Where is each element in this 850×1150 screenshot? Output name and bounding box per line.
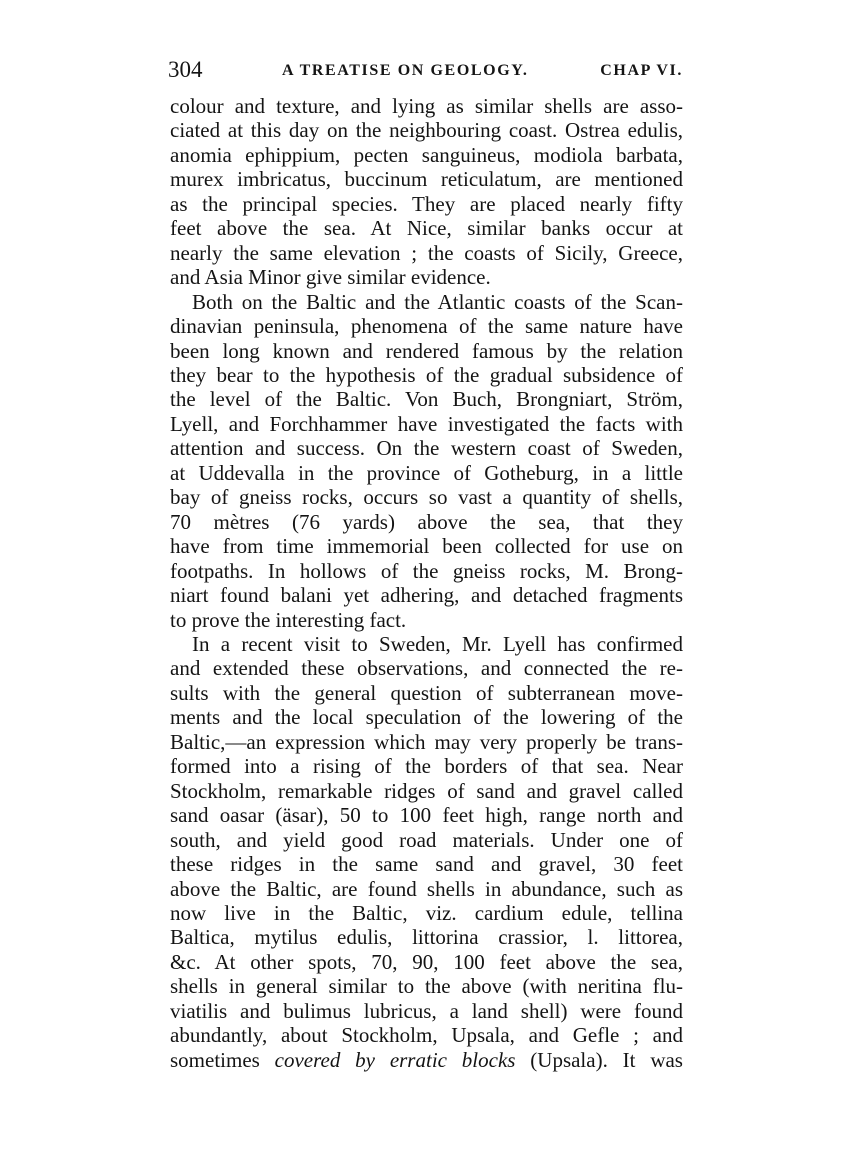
text-line: the level of the Baltic. Von Buch, Brong… (170, 387, 683, 411)
text-line: have from time immemorial been collected… (170, 534, 683, 558)
italic-emphasis: covered by erratic blocks (275, 1048, 516, 1072)
text-run: sometimes (170, 1048, 275, 1072)
text-line: and extended these observations, and con… (170, 656, 683, 680)
text-line: dinavian peninsula, phenomena of the sam… (170, 314, 683, 338)
text-line: Stockholm, remarkable ridges of sand and… (170, 779, 683, 803)
text-line: these ridges in the same sand and gravel… (170, 852, 683, 876)
text-line: anomia ephippium, pecten sanguineus, mod… (170, 143, 683, 167)
text-line: Both on the Baltic and the Atlantic coas… (170, 290, 683, 314)
text-line: 70 mètres (76 yards) above the sea, that… (170, 510, 683, 534)
text-line: they bear to the hypothesis of the gradu… (170, 363, 683, 387)
text-line: footpaths. In hollows of the gneiss rock… (170, 559, 683, 583)
text-line-final: sometimes covered by erratic blocks (Ups… (170, 1048, 683, 1072)
text-line: viatilis and bulimus lubricus, a land sh… (170, 999, 683, 1023)
text-line: ciated at this day on the neighbouring c… (170, 118, 683, 142)
running-header: 304 A TREATISE ON GEOLOGY. CHAP VI. (170, 56, 683, 84)
text-line: murex imbricatus, buccinum reticulatum, … (170, 167, 683, 191)
page-number: 304 (168, 56, 203, 84)
text-line: Baltica, mytilus edulis, littorina crass… (170, 925, 683, 949)
text-line: Lyell, and Forchhammer have investigated… (170, 412, 683, 436)
text-line: bay of gneiss rocks, occurs so vast a qu… (170, 485, 683, 509)
text-line: above the Baltic, are found shells in ab… (170, 877, 683, 901)
text-line: formed into a rising of the borders of t… (170, 754, 683, 778)
text-line: now live in the Baltic, viz. cardium edu… (170, 901, 683, 925)
body-text: colour and texture, and lying as similar… (170, 94, 683, 1072)
paragraph-2: Both on the Baltic and the Atlantic coas… (170, 290, 683, 632)
text-line: as the principal species. They are place… (170, 192, 683, 216)
text-line: niart found balani yet adhering, and det… (170, 583, 683, 607)
book-title: A TREATISE ON GEOLOGY. (282, 57, 529, 85)
text-line: and Asia Minor give similar evidence. (170, 265, 683, 289)
text-line: sand oasar (äsar), 50 to 100 feet high, … (170, 803, 683, 827)
text-line: at Uddevalla in the province of Gothebur… (170, 461, 683, 485)
text-line: to prove the interesting fact. (170, 608, 683, 632)
text-line: south, and yield good road materials. Un… (170, 828, 683, 852)
paragraph-1: colour and texture, and lying as similar… (170, 94, 683, 290)
text-line: Baltic,—an expression which may very pro… (170, 730, 683, 754)
text-line: been long known and rendered famous by t… (170, 339, 683, 363)
paragraph-3: In a recent visit to Sweden, Mr. Lyell h… (170, 632, 683, 1072)
text-line: shells in general similar to the above (… (170, 974, 683, 998)
text-line: &c. At other spots, 70, 90, 100 feet abo… (170, 950, 683, 974)
text-line: ments and the local speculation of the l… (170, 705, 683, 729)
text-line: sults with the general question of subte… (170, 681, 683, 705)
text-line: nearly the same elevation ; the coasts o… (170, 241, 683, 265)
chapter-label: CHAP VI. (600, 57, 683, 85)
text-line: colour and texture, and lying as similar… (170, 94, 683, 118)
text-run: (Upsala). It was (515, 1048, 683, 1072)
text-line: In a recent visit to Sweden, Mr. Lyell h… (170, 632, 683, 656)
text-line: abundantly, about Stockholm, Upsala, and… (170, 1023, 683, 1047)
text-line: feet above the sea. At Nice, similar ban… (170, 216, 683, 240)
text-line: attention and success. On the western co… (170, 436, 683, 460)
